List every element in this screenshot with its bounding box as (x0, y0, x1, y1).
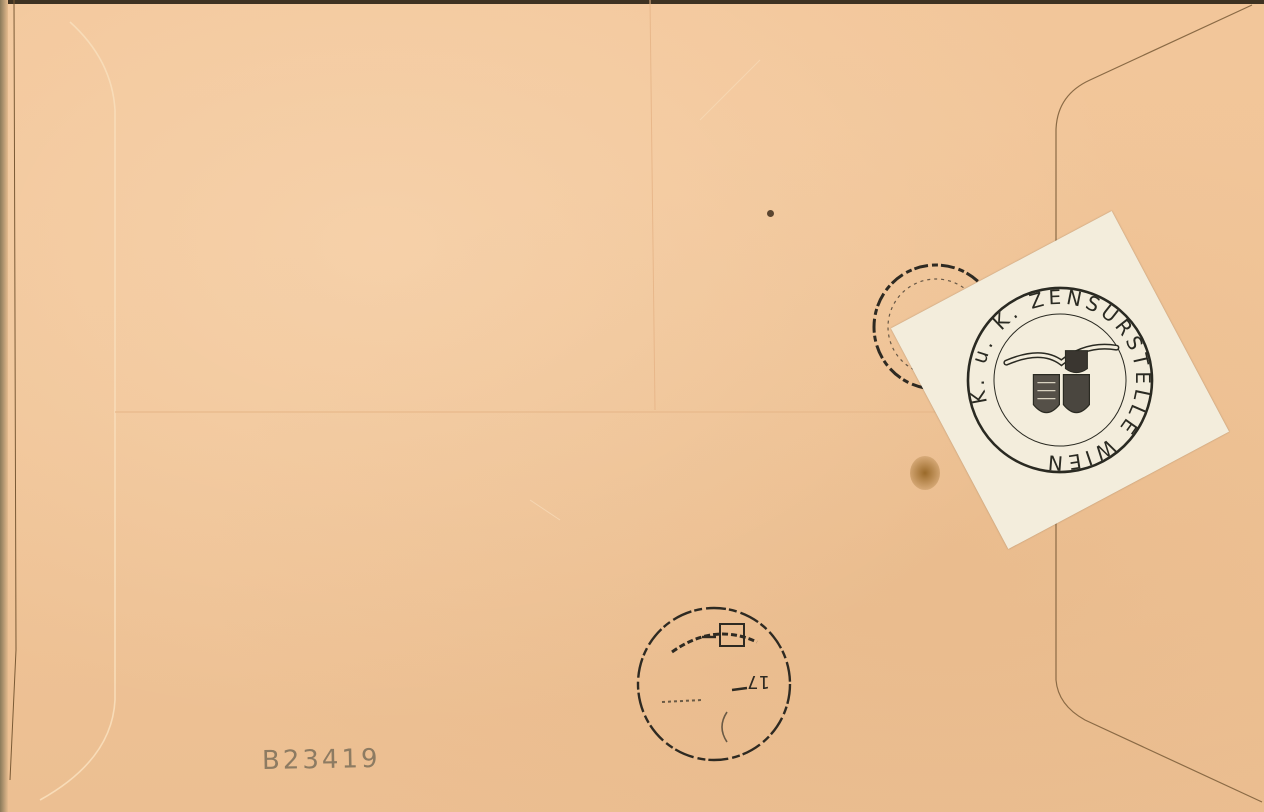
postmark-lower: 17 (632, 602, 797, 767)
brown-stain (910, 456, 940, 490)
coat-of-arms-emblem (1006, 347, 1116, 413)
ink-spot (767, 210, 774, 217)
envelope-back: 15 17 K. u. K. ZENSURSTELLE WIEN (0, 0, 1264, 812)
handwritten-reference-number: B23419 (262, 744, 381, 776)
svg-text:17: 17 (747, 671, 770, 692)
censor-ring-text: K. u. K. ZENSURSTELLE WIEN (933, 251, 1189, 508)
